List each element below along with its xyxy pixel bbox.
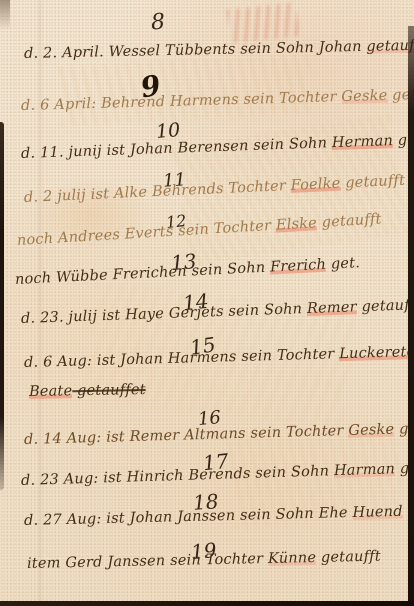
underlined-name: Remer bbox=[307, 299, 357, 317]
register-line-9: d. 6 April: Behrend Harmens sein Tochter… bbox=[21, 87, 414, 114]
register-line-15-continued: Beate getauffet bbox=[29, 382, 146, 400]
entry-text: d. 2 julij ist Alke Behrends Tochter bbox=[24, 178, 291, 206]
underlined-name: Luckerete: bbox=[339, 344, 414, 362]
entry-text: item Gerd Janssen sein Tochter bbox=[27, 551, 268, 572]
underlined-name: Geske bbox=[341, 88, 387, 105]
entry-text: d. 23. julij ist Haye Gerjets sein Sohn bbox=[21, 301, 308, 327]
entry-text: d. 6 Aug: ist Johan Harmens sein Tochter bbox=[24, 346, 340, 371]
register-line-14: d. 23. julij ist Haye Gerjets sein Sohn … bbox=[21, 297, 414, 327]
scan-edge-bottom bbox=[0, 601, 414, 606]
register-line-8: d. 2. April. Wessel Tübbents sein Sohn J… bbox=[24, 37, 414, 62]
register-line-18: d. 27 Aug: ist Johan Janssen sein Sohn E… bbox=[24, 502, 414, 529]
entry-text: getaufft bbox=[316, 211, 381, 231]
scan-edge-top-right bbox=[0, 0, 10, 30]
register-line-10: d. 11. junij ist Johan Berensen sein Soh… bbox=[21, 130, 414, 162]
entry-text: getauffet. bbox=[356, 297, 414, 316]
page-background: 8 9 10 11 12 13 14 15 16 17 18 19 d. 2. … bbox=[0, 0, 414, 606]
register-line-11: d. 2 julij ist Alke Behrends Tochter Foe… bbox=[24, 173, 406, 206]
struck-word: getauffet bbox=[72, 382, 146, 399]
entry-text: getaufft bbox=[316, 549, 381, 566]
entry-text: d. 14 Aug: ist Remer Altmans sein Tochte… bbox=[24, 423, 349, 448]
register-line-15: d. 6 Aug: ist Johan Harmens sein Tochter… bbox=[24, 344, 414, 371]
underlined-name: Huend bbox=[352, 504, 403, 521]
underlined-name: Herman bbox=[332, 133, 394, 151]
entry-text: noch Andrees Everts sein Tochter bbox=[17, 218, 277, 249]
entry-text: d. 23 Aug: ist Hinrich Berends sein Sohn bbox=[21, 463, 334, 489]
entry-text: noch Wübbe Frerichen sein Sohn bbox=[15, 260, 271, 288]
entry-text: d. 27 Aug: ist Johan Janssen sein Sohn E… bbox=[24, 505, 353, 529]
scanned-register-page: { "document": { "kind": "handwritten bap… bbox=[0, 0, 414, 606]
underlined-name: Geske bbox=[348, 422, 394, 439]
underlined-name: Harman bbox=[334, 461, 396, 479]
register-line-19: item Gerd Janssen sein Tochter Künne get… bbox=[27, 549, 381, 572]
scan-edge-left bbox=[0, 122, 4, 490]
underlined-name: Frerich bbox=[270, 257, 327, 276]
register-line-12: noch Andrees Everts sein Tochter Elske g… bbox=[17, 211, 382, 249]
entry-text: d. 2. April. Wessel Tübbents sein Sohn J… bbox=[24, 39, 367, 62]
underlined-word: getauffet. bbox=[366, 37, 414, 55]
scan-edge-right bbox=[408, 26, 414, 606]
underlined-name: Foelke bbox=[290, 176, 340, 194]
entry-text: d. 6 April: Behrend Harmens sein Tochter bbox=[21, 89, 342, 114]
underlined-name: Künne bbox=[268, 550, 316, 567]
entry-number-10: 10 bbox=[155, 119, 181, 143]
entry-number-8: 8 bbox=[150, 10, 166, 36]
bleedthrough-mark bbox=[226, 2, 299, 43]
underlined-name: Beate bbox=[29, 383, 73, 400]
entry-text: get. bbox=[326, 255, 361, 273]
entry-text: getaufft bbox=[340, 173, 405, 192]
underlined-name: Elske bbox=[276, 215, 318, 233]
